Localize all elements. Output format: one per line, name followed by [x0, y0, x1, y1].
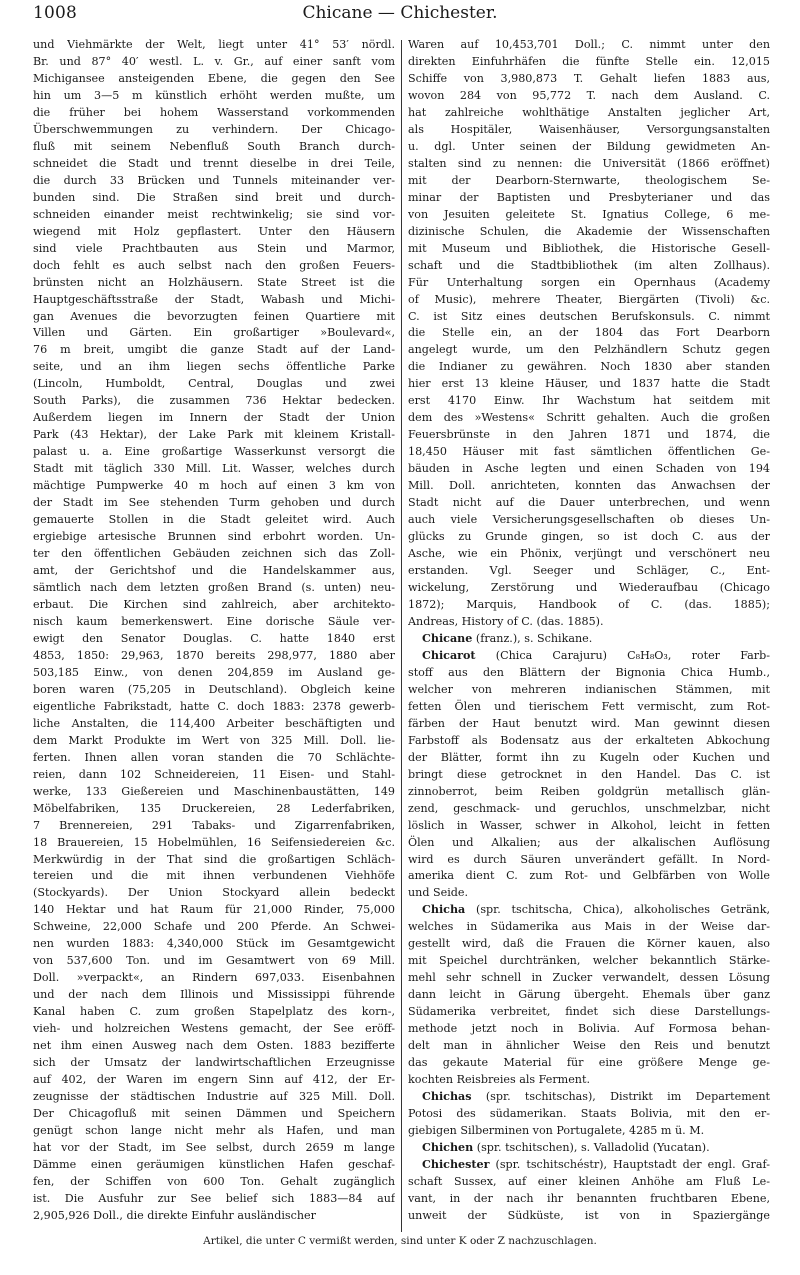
- line-text: Farbstoff als Bodensatz aus der erkaltet…: [408, 734, 770, 747]
- text-line: Mill. Doll. anrichteten, konnten das Anw…: [408, 478, 770, 495]
- text-line: 503,185 Einw., von denen 204,859 im Ausl…: [33, 665, 395, 682]
- text-line: dem Markt Produkte im Wert von 325 Mill.…: [33, 733, 395, 750]
- text-line: reien, dann 102 Schneidereien, 11 Eisen-…: [33, 767, 395, 784]
- text-line: schaft und die Stadtbibliothek (im alten…: [408, 258, 770, 275]
- line-text: erst 4170 Einw. Ihr Wachstum hat seitdem…: [408, 394, 770, 407]
- text-line: 18,450 Häuser mit fast sämtlichen öffent…: [408, 444, 770, 461]
- right-column: Waren auf 10,453,701 Doll.; C. nimmt unt…: [408, 37, 770, 1225]
- text-line: wovon 284 von 95,772 T. nach dem Ausland…: [408, 88, 770, 105]
- line-text: hier erst 13 kleine Häuser, und 1837 hat…: [408, 377, 770, 390]
- line-text: angelegt wurde, um den Pelzhändlern Schu…: [408, 343, 770, 356]
- text-line: sich der Umsatz der landwirtschaftlichen…: [33, 1055, 395, 1072]
- text-line: hin um 3—5 m künstlich erhöht werden muß…: [33, 88, 395, 105]
- text-line: Michigansee ansteigenden Ebene, die gege…: [33, 71, 395, 88]
- text-line: net ihm einen Ausweg nach dem Osten. 188…: [33, 1038, 395, 1055]
- text-line: Kanal haben C. zum großen Stapelplatz de…: [33, 1004, 395, 1021]
- line-text: 1872); Marquis, Handbook of C. (das. 188…: [408, 598, 770, 611]
- text-line: Potosi des südamerikan. Staats Bolivia, …: [408, 1106, 770, 1123]
- text-line: Schiffe von 3,980,873 T. Gehalt liefen 1…: [408, 71, 770, 88]
- line-text: kochten Reisbreies als Ferment.: [408, 1073, 590, 1086]
- text-line: schaft Sussex, auf einer kleinen Anhöhe …: [408, 1174, 770, 1191]
- line-text: welches in Südamerika aus Mais in der We…: [408, 920, 770, 933]
- line-text: Ölen und Alkalien; aus der alkalischen A…: [408, 836, 770, 849]
- text-line: ewigt den Senator Douglas. C. hatte 1840…: [33, 631, 395, 648]
- text-line: schneidet die Stadt und trennt dieselbe …: [33, 156, 395, 173]
- line-text: (Chica Carajuru) C₈H₈O₃, roter Farb-: [476, 649, 770, 662]
- text-line: giebigen Silberminen von Portugalete, 42…: [408, 1123, 770, 1140]
- text-line: die durch 33 Brücken und Tunnels miteina…: [33, 173, 395, 190]
- text-line: Schweine, 22,000 Schafe und 200 Pferde. …: [33, 919, 395, 936]
- page-header: 1008 Chicane — Chichester.: [0, 0, 800, 34]
- line-text: amerika dient C. zum Rot- und Gelbfärben…: [408, 869, 770, 882]
- text-line: und Viehmärkte der Welt, liegt unter 41°…: [33, 37, 395, 54]
- text-line: C. ist Sitz eines deutschen Berufskonsul…: [408, 309, 770, 326]
- text-line: Waren auf 10,453,701 Doll.; C. nimmt unt…: [408, 37, 770, 54]
- entry-headword: Chicha: [422, 903, 465, 916]
- text-line: gan Avenues die bevorzugten feinen Quart…: [33, 309, 395, 326]
- running-head: Chicane — Chichester.: [0, 3, 800, 23]
- entry-headword: Chicane: [422, 632, 472, 645]
- text-line: Park (43 Hektar), der Lake Park mit klei…: [33, 427, 395, 444]
- text-line: (Lincoln, Humboldt, Central, Douglas und…: [33, 376, 395, 393]
- line-text: Asche, wie ein Phönix, verjüngt und vers…: [408, 547, 770, 560]
- line-text: Feuersbrünste in den Jahren 1871 und 187…: [408, 428, 770, 441]
- text-line: fluß mit seinem Nebenfluß South Branch d…: [33, 139, 395, 156]
- text-line: mit Museum und Bibliothek, die Historisc…: [408, 241, 770, 258]
- text-line: werke, 133 Gießereien und Maschinenbaust…: [33, 784, 395, 801]
- line-text: welcher von mehreren indianischen Stämme…: [408, 683, 770, 696]
- text-line: 76 m breit, umgibt die ganze Stadt auf d…: [33, 342, 395, 359]
- text-line: angelegt wurde, um den Pelzhändlern Schu…: [408, 342, 770, 359]
- text-line: Stadt mit täglich 330 Mill. Lit. Wasser,…: [33, 461, 395, 478]
- text-line: amerika dient C. zum Rot- und Gelbfärben…: [408, 868, 770, 885]
- text-line: Stadt nicht auf die Dauer unterbrechen, …: [408, 495, 770, 512]
- text-line: nisch kaum bemerkenswert. Eine dorische …: [33, 614, 395, 631]
- text-line: Möbelfabriken, 135 Druckereien, 28 Leder…: [33, 801, 395, 818]
- text-line: auch viele Versicherungsgesellschaften o…: [408, 512, 770, 529]
- text-line: gestellt wird, daß die Frauen die Körner…: [408, 936, 770, 953]
- text-line: 7 Brennereien, 291 Tabaks- und Zigarrenf…: [33, 818, 395, 835]
- text-line: welches in Südamerika aus Mais in der We…: [408, 919, 770, 936]
- text-line: South Parks), die zusammen 736 Hektar be…: [33, 393, 395, 410]
- text-line: 140 Hektar und hat Raum für 21,000 Rinde…: [33, 902, 395, 919]
- entry-start-line: Chicarot (Chica Carajuru) C₈H₈O₃, roter …: [408, 648, 770, 665]
- text-line: Außerdem liegen im Innern der Stadt der …: [33, 410, 395, 427]
- line-text: (spr. tschitscha, Chica), alkoholisches …: [465, 903, 770, 916]
- text-line: wickelung, Zerstörung und Wiederaufbau (…: [408, 580, 770, 597]
- text-line: bunden sind. Die Straßen sind breit und …: [33, 190, 395, 207]
- text-line: minar der Baptisten und Presbyterianer u…: [408, 190, 770, 207]
- line-text: giebigen Silberminen von Portugalete, 42…: [408, 1124, 704, 1137]
- text-line: glücks zu Grunde gingen, so ist doch C. …: [408, 529, 770, 546]
- line-text: stalten sind zu nennen: die Universität …: [408, 157, 770, 170]
- line-text: als Hospitäler, Waisenhäuser, Versorgung…: [408, 123, 770, 136]
- text-line: mächtige Pumpwerke 40 m hoch auf einen 3…: [33, 478, 395, 495]
- line-text: mit Speichel durchtränken, welcher bekan…: [408, 954, 770, 967]
- text-line: Hauptgeschäftsstraße der Stadt, Wabash u…: [33, 292, 395, 309]
- entry-headword: Chicarot: [422, 649, 476, 662]
- line-text: zend, geschmack- und geruchlos, unschmel…: [408, 802, 770, 815]
- text-line: Villen und Gärten. Ein großartiger »Boul…: [33, 325, 395, 342]
- line-text: C. ist Sitz eines deutschen Berufskonsul…: [408, 310, 770, 323]
- text-line: unweit der Südküste, ist von in Spazierg…: [408, 1208, 770, 1225]
- text-line: bäuden in Asche legten und einen Schaden…: [408, 461, 770, 478]
- line-text: dann leicht in Gärung übergeht. Ehemals …: [408, 988, 770, 1001]
- text-line: erst 4170 Einw. Ihr Wachstum hat seitdem…: [408, 393, 770, 410]
- line-text: mehl sehr schnell in Zucker verwandelt, …: [408, 971, 770, 984]
- entry-headword: Chichen: [422, 1141, 473, 1154]
- line-text: fetten Ölen und tierischem Fett vermisch…: [408, 700, 770, 713]
- text-line: der Blätter, formt ihn zu Kugeln oder Ku…: [408, 750, 770, 767]
- text-line: erbaut. Die Kirchen sind zahlreich, aber…: [33, 597, 395, 614]
- line-text: minar der Baptisten und Presbyterianer u…: [408, 191, 770, 204]
- text-line: 4853, 1850: 29,963, 1870 bereits 298,977…: [33, 648, 395, 665]
- text-line: erstanden. Vgl. Seeger und Schläger, C.,…: [408, 563, 770, 580]
- text-line: hat vor der Stadt, im See selbst, durch …: [33, 1140, 395, 1157]
- text-line: Südamerika verbreitet, findet sich diese…: [408, 1004, 770, 1021]
- line-text: die Indianer zu gewähren. Noch 1830 aber…: [408, 360, 770, 373]
- line-text: mit Museum und Bibliothek, die Historisc…: [408, 242, 770, 255]
- entry-headword: Chichester: [422, 1158, 489, 1171]
- line-text: Mill. Doll. anrichteten, konnten das Anw…: [408, 479, 770, 492]
- line-text: (franz.), s. Schikane.: [472, 632, 592, 645]
- text-line: Überschwemmungen zu verhindern. Der Chic…: [33, 122, 395, 139]
- footer-note: Artikel, die unter C vermißt werden, sin…: [0, 1235, 800, 1247]
- text-line: stalten sind zu nennen: die Universität …: [408, 156, 770, 173]
- text-line: 1872); Marquis, Handbook of C. (das. 188…: [408, 597, 770, 614]
- text-line: sämtlich nach dem letzten großen Brand (…: [33, 580, 395, 597]
- text-line: kochten Reisbreies als Ferment.: [408, 1072, 770, 1089]
- text-line: u. dgl. Unter seinen der Bildung gewidme…: [408, 139, 770, 156]
- line-text: wird es durch Säuren unverändert gefällt…: [408, 853, 770, 866]
- line-text: delt man in ähnlicher Weise den Reis und…: [408, 1039, 770, 1052]
- text-line: und der nach dem Illinois und Mississipp…: [33, 987, 395, 1004]
- text-line: Br. und 87° 40′ westl. L. v. Gr., auf ei…: [33, 54, 395, 71]
- text-line: welcher von mehreren indianischen Stämme…: [408, 682, 770, 699]
- text-line: doch fehlt es auch selbst nach den große…: [33, 258, 395, 275]
- line-text: hat zahlreiche wohlthätige Anstalten jeg…: [408, 106, 770, 119]
- entry-start-line: Chichen (spr. tschitschen), s. Valladoli…: [408, 1140, 770, 1157]
- text-line: zend, geschmack- und geruchlos, unschmel…: [408, 801, 770, 818]
- text-line: zinnoberrot, beim Reiben goldgrün metall…: [408, 784, 770, 801]
- text-line: tereien und die mit ihnen verbundenen Vi…: [33, 868, 395, 885]
- text-line: auf 402, der Waren im engern Sinn auf 41…: [33, 1072, 395, 1089]
- line-text: gestellt wird, daß die Frauen die Körner…: [408, 937, 770, 950]
- text-line: vieh- und holzreichen Westens gemacht, d…: [33, 1021, 395, 1038]
- line-text: glücks zu Grunde gingen, so ist doch C. …: [408, 530, 770, 543]
- line-text: Potosi des südamerikan. Staats Bolivia, …: [408, 1107, 770, 1120]
- line-text: und Seide.: [408, 886, 468, 899]
- line-text: bäuden in Asche legten und einen Schaden…: [408, 462, 770, 475]
- text-line: boren waren (75,205 in Deutschland). Obg…: [33, 682, 395, 699]
- text-line: Der Chicagofluß mit seinen Dämmen und Sp…: [33, 1106, 395, 1123]
- text-line: die Indianer zu gewähren. Noch 1830 aber…: [408, 359, 770, 376]
- text-line: Feuersbrünste in den Jahren 1871 und 187…: [408, 427, 770, 444]
- text-line: die Stelle ein, an der 1804 das Fort Dea…: [408, 325, 770, 342]
- line-text: der Blätter, formt ihn zu Kugeln oder Ku…: [408, 751, 770, 764]
- text-line: ter den öffentlichen Gebäuden zeichnen s…: [33, 546, 395, 563]
- text-line: seite, und an ihm liegen sechs öffentlic…: [33, 359, 395, 376]
- text-line: bringt diese getrocknet in den Handel. D…: [408, 767, 770, 784]
- text-line: mehl sehr schnell in Zucker verwandelt, …: [408, 970, 770, 987]
- line-text: (spr. tschitschas), Distrikt im Departem…: [472, 1090, 770, 1103]
- text-line: dem des »Westens« Schritt gehalten. Auch…: [408, 410, 770, 427]
- text-line: of Music), mehrere Theater, Biergärten (…: [408, 292, 770, 309]
- text-line: dann leicht in Gärung übergeht. Ehemals …: [408, 987, 770, 1004]
- text-line: delt man in ähnlicher Weise den Reis und…: [408, 1038, 770, 1055]
- text-line: das gekaute Material für eine größere Me…: [408, 1055, 770, 1072]
- line-text: schaft und die Stadtbibliothek (im alten…: [408, 259, 770, 272]
- text-line: brünsten nicht an Holzhäusern. State Str…: [33, 275, 395, 292]
- line-text: (spr. tschitschen), s. Valladolid (Yucat…: [473, 1141, 709, 1154]
- text-line: stoff aus den Blättern der Bignonia Chic…: [408, 665, 770, 682]
- line-text: Schiffe von 3,980,873 T. Gehalt liefen 1…: [408, 72, 770, 85]
- text-line: und Seide.: [408, 885, 770, 902]
- text-line: sind viele Prachtbauten aus Stein und Ma…: [33, 241, 395, 258]
- text-line: amt, der Gerichtshof und die Handelskamm…: [33, 563, 395, 580]
- text-line: vant, in der nach ihr benannten fruchtba…: [408, 1191, 770, 1208]
- text-line: dizinische Schulen, die Akademie der Wis…: [408, 224, 770, 241]
- line-text: (spr. tschitschéstr), Hauptstadt der eng…: [489, 1158, 770, 1171]
- text-line: genügt schon lange nicht mehr als Hafen,…: [33, 1123, 395, 1140]
- text-line: ferten. Ihnen allen voran standen die 70…: [33, 750, 395, 767]
- text-line: der Stadt im See stehenden Turm gehoben …: [33, 495, 395, 512]
- line-text: von Jesuiten geleitete St. Ignatius Coll…: [408, 208, 770, 221]
- line-text: of Music), mehrere Theater, Biergärten (…: [408, 293, 770, 306]
- text-line: palast u. a. Eine großartige Wasserkunst…: [33, 444, 395, 461]
- entry-start-line: Chichas (spr. tschitschas), Distrikt im …: [408, 1089, 770, 1106]
- entry-start-line: Chicha (spr. tschitscha, Chica), alkohol…: [408, 902, 770, 919]
- line-text: dem des »Westens« Schritt gehalten. Auch…: [408, 411, 770, 424]
- line-text: vant, in der nach ihr benannten fruchtba…: [408, 1192, 770, 1205]
- text-line: 2,905,926 Doll., die direkte Einfuhr aus…: [33, 1208, 395, 1225]
- text-line: wird es durch Säuren unverändert gefällt…: [408, 852, 770, 869]
- text-line: fen, der Schiffen von 600 Ton. Gehalt zu…: [33, 1174, 395, 1191]
- line-text: färben der Haut benutzt wird. Man gewinn…: [408, 717, 770, 730]
- text-line: Ölen und Alkalien; aus der alkalischen A…: [408, 835, 770, 852]
- line-text: wovon 284 von 95,772 T. nach dem Ausland…: [408, 89, 770, 102]
- line-text: Waren auf 10,453,701 Doll.; C. nimmt unt…: [408, 38, 770, 51]
- text-line: liche Anstalten, die 114,400 Arbeiter be…: [33, 716, 395, 733]
- line-text: u. dgl. Unter seinen der Bildung gewidme…: [408, 140, 770, 153]
- text-line: Andreas, History of C. (das. 1885).: [408, 614, 770, 631]
- text-line: hat zahlreiche wohlthätige Anstalten jeg…: [408, 105, 770, 122]
- line-text: löslich in Wasser, schwer in Alkohol, le…: [408, 819, 770, 832]
- text-line: mit Speichel durchtränken, welcher bekan…: [408, 953, 770, 970]
- text-line: direkten Einfuhrhäfen die fünfte Stelle …: [408, 54, 770, 71]
- text-line: wiegend mit Holz gepflastert. Unter den …: [33, 224, 395, 241]
- text-line: Dämme einen geräumigen künstlichen Hafen…: [33, 1157, 395, 1174]
- left-column: und Viehmärkte der Welt, liegt unter 41°…: [33, 37, 395, 1225]
- text-line: mit der Dearborn-Sternwarte, theologisch…: [408, 173, 770, 190]
- line-text: 18,450 Häuser mit fast sämtlichen öffent…: [408, 445, 770, 458]
- line-text: wickelung, Zerstörung und Wiederaufbau (…: [408, 581, 770, 594]
- text-line: ist. Die Ausfuhr zur See belief sich 188…: [33, 1191, 395, 1208]
- text-line: Für Unterhaltung sorgen ein Opernhaus (A…: [408, 275, 770, 292]
- line-text: schaft Sussex, auf einer kleinen Anhöhe …: [408, 1175, 770, 1188]
- line-text: Für Unterhaltung sorgen ein Opernhaus (A…: [408, 276, 770, 289]
- entry-start-line: Chichester (spr. tschitschéstr), Hauptst…: [408, 1157, 770, 1174]
- line-text: zinnoberrot, beim Reiben goldgrün metall…: [408, 785, 770, 798]
- text-line: ergiebige artesische Brunnen sind erbohr…: [33, 529, 395, 546]
- line-text: erstanden. Vgl. Seeger und Schläger, C.,…: [408, 564, 770, 577]
- line-text: Stadt nicht auf die Dauer unterbrechen, …: [408, 496, 770, 509]
- text-line: Asche, wie ein Phönix, verjüngt und vers…: [408, 546, 770, 563]
- text-line: als Hospitäler, Waisenhäuser, Versorgung…: [408, 122, 770, 139]
- text-line: methode jetzt noch in Bolivia. Auf Formo…: [408, 1021, 770, 1038]
- line-text: bringt diese getrocknet in den Handel. D…: [408, 768, 770, 781]
- column-divider: [401, 40, 402, 1232]
- entry-headword: Chichas: [422, 1090, 472, 1103]
- text-line: eigentliche Fabrikstadt, hatte C. doch 1…: [33, 699, 395, 716]
- text-line: fetten Ölen und tierischem Fett vermisch…: [408, 699, 770, 716]
- text-line: löslich in Wasser, schwer in Alkohol, le…: [408, 818, 770, 835]
- text-line: die früher bei hohem Wasserstand vorkomm…: [33, 105, 395, 122]
- line-text: unweit der Südküste, ist von in Spazierg…: [408, 1209, 770, 1222]
- text-line: färben der Haut benutzt wird. Man gewinn…: [408, 716, 770, 733]
- line-text: das gekaute Material für eine größere Me…: [408, 1056, 770, 1069]
- text-line: 18 Brauereien, 15 Hobelmühlen, 16 Seifen…: [33, 835, 395, 852]
- text-line: schneiden einander meist rechtwinkelig; …: [33, 207, 395, 224]
- line-text: dizinische Schulen, die Akademie der Wis…: [408, 225, 770, 238]
- text-line: hier erst 13 kleine Häuser, und 1837 hat…: [408, 376, 770, 393]
- line-text: mit der Dearborn-Sternwarte, theologisch…: [408, 174, 770, 187]
- text-line: von Jesuiten geleitete St. Ignatius Coll…: [408, 207, 770, 224]
- text-line: Farbstoff als Bodensatz aus der erkaltet…: [408, 733, 770, 750]
- text-line: nen wurden 1883: 4,340,000 Stück im Gesa…: [33, 936, 395, 953]
- line-text: die Stelle ein, an der 1804 das Fort Dea…: [408, 326, 770, 339]
- text-line: (Stockyards). Der Union Stockyard allein…: [33, 885, 395, 902]
- line-text: Südamerika verbreitet, findet sich diese…: [408, 1005, 770, 1018]
- text-line: gemauerte Stollen in die Stadt geleitet …: [33, 512, 395, 529]
- text-line: von 537,600 Ton. und im Gesamtwert von 6…: [33, 953, 395, 970]
- line-text: direkten Einfuhrhäfen die fünfte Stelle …: [408, 55, 770, 68]
- line-text: stoff aus den Blättern der Bignonia Chic…: [408, 666, 770, 679]
- text-line: Merkwürdig in der That sind die großarti…: [33, 852, 395, 869]
- line-text: Andreas, History of C. (das. 1885).: [408, 615, 604, 628]
- line-text: methode jetzt noch in Bolivia. Auf Formo…: [408, 1022, 770, 1035]
- line-text: auch viele Versicherungsgesellschaften o…: [408, 513, 770, 526]
- text-line: zeugnisse der städtischen Industrie auf …: [33, 1089, 395, 1106]
- text-line: Doll. »verpackt«, an Rindern 697,033. Ei…: [33, 970, 395, 987]
- entry-start-line: Chicane (franz.), s. Schikane.: [408, 631, 770, 648]
